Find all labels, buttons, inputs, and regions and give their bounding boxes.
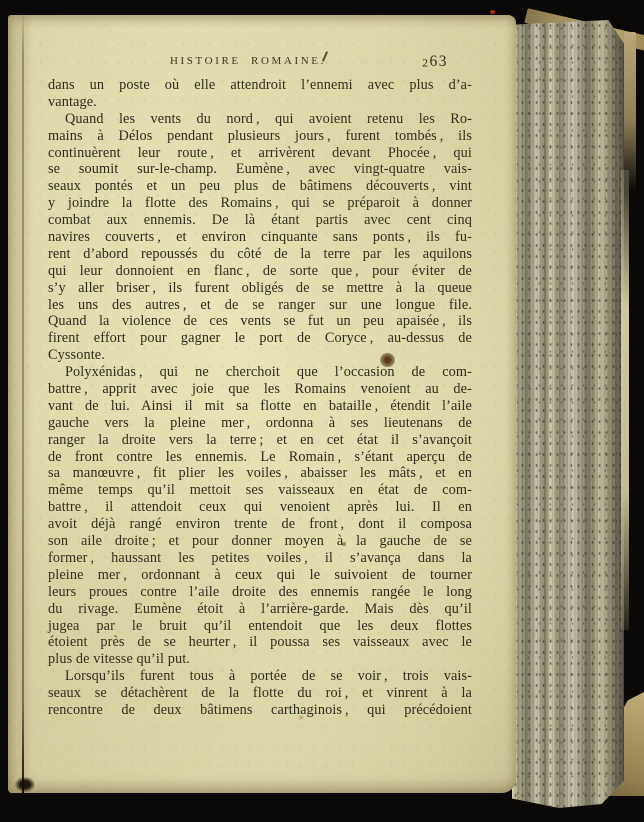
text-line: même temps qu’il mettoit ses vaisseaux e… [48, 482, 472, 499]
text-line: seaux pontés et un peu plus de bâtimens … [48, 178, 472, 195]
stain-speck [298, 715, 304, 720]
text-line: qui leur donnoient en flanc , de sorte q… [48, 263, 472, 280]
text-line: navires couverts , et environ cinquante … [48, 229, 472, 246]
text-line: rent d’abord repoussés du côté de la ter… [48, 246, 472, 263]
text-line: vant de lui. Ainsi il mit sa flotte en b… [48, 398, 472, 415]
text-line: former , haussant les petites voiles , i… [48, 550, 472, 567]
book-page: HISTOIRE ROMAINE. 263 dans un poste où e… [8, 15, 516, 793]
body-text: dans un poste où elle attendroit l’ennem… [48, 77, 472, 719]
text-line: du rivage. Eumène étoit à l’arrière-gard… [48, 601, 472, 618]
text-line: se soumit sur-le-champ. Eumène , avec vi… [48, 161, 472, 178]
running-header: HISTOIRE ROMAINE. 263 [48, 53, 472, 73]
page-number: 263 [422, 53, 448, 71]
text-line: combat aux ennemis. De là étant partis a… [48, 212, 472, 229]
book-cover-edge-right [624, 32, 636, 192]
page-number-digit: 2 [422, 58, 429, 70]
text-line: jugea par le bruit qu’il entendoit que l… [48, 618, 472, 635]
text-line: son aile droite ; et pour donner moyen à… [48, 533, 472, 550]
text-line: rencontre de deux bâtimens carthaginois … [48, 702, 472, 719]
text-line: vantage. [48, 94, 472, 111]
page-stack-edge-highlight [621, 170, 629, 630]
text-line: firent effort pour gagner le port de Cor… [48, 330, 472, 347]
text-line: ranger la droite vers la terre ; et en c… [48, 432, 472, 449]
text-line: battre , il attendoit ceux qui venoient … [48, 499, 472, 516]
stain-speck [342, 542, 346, 546]
book-scan-photo: HISTOIRE ROMAINE. 263 dans un poste où e… [0, 0, 644, 822]
text-line: battre , apprit avec joie que les Romain… [48, 381, 472, 398]
text-line: Quand la violence de ces vents se fut un… [48, 313, 472, 330]
text-line: étoient près de se heurter , il poussa s… [48, 634, 472, 651]
text-line: Quand les vents du nord , qui avoient re… [48, 111, 472, 128]
text-line: Polyxénidas , qui ne cherchoit que l’occ… [48, 364, 472, 381]
gutter-crease [22, 15, 24, 793]
stain-spot [380, 353, 395, 367]
text-line: y joindre la flotte des Romains , qui se… [48, 195, 472, 212]
page-number-digit: 3 [439, 53, 448, 71]
text-line: leurs proues contre l’aile droite des en… [48, 584, 472, 601]
text-line: de front contre les ennemis. Le Romain ,… [48, 449, 472, 466]
text-line: mains à Délos pendant plusieurs jours , … [48, 128, 472, 145]
text-line: avoit déjà rangé environ trente de front… [48, 516, 472, 533]
text-line: continuèrent leur route , et arrivèrent … [48, 145, 472, 162]
text-line: seaux se détachèrent de la flotte du roi… [48, 685, 472, 702]
text-line: les uns des autres , et de se ranger sur… [48, 297, 472, 314]
text-line: Cyssonte. [48, 347, 472, 364]
text-line: sa manœuvre , fit plier les voiles , aba… [48, 465, 472, 482]
page-stack-fore-edge [512, 20, 624, 808]
gutter-shadow-blob [15, 777, 35, 792]
running-title: HISTOIRE ROMAINE. [170, 55, 326, 67]
text-line: dans un poste où elle attendroit l’ennem… [48, 77, 472, 94]
page-number-digit: 6 [430, 53, 439, 71]
red-ink-speck [490, 10, 495, 14]
text-line: plus de vitesse qu’il put. [48, 651, 472, 668]
text-line: Lorsqu’ils furent tous à portée de se vo… [48, 668, 472, 685]
text-line: s’y aller briser , ils furent obligés de… [48, 280, 472, 297]
text-line: pleine mer , ordonnant à ceux qui le sui… [48, 567, 472, 584]
text-line: gauche vers la pleine mer , ordonna à se… [48, 415, 472, 432]
